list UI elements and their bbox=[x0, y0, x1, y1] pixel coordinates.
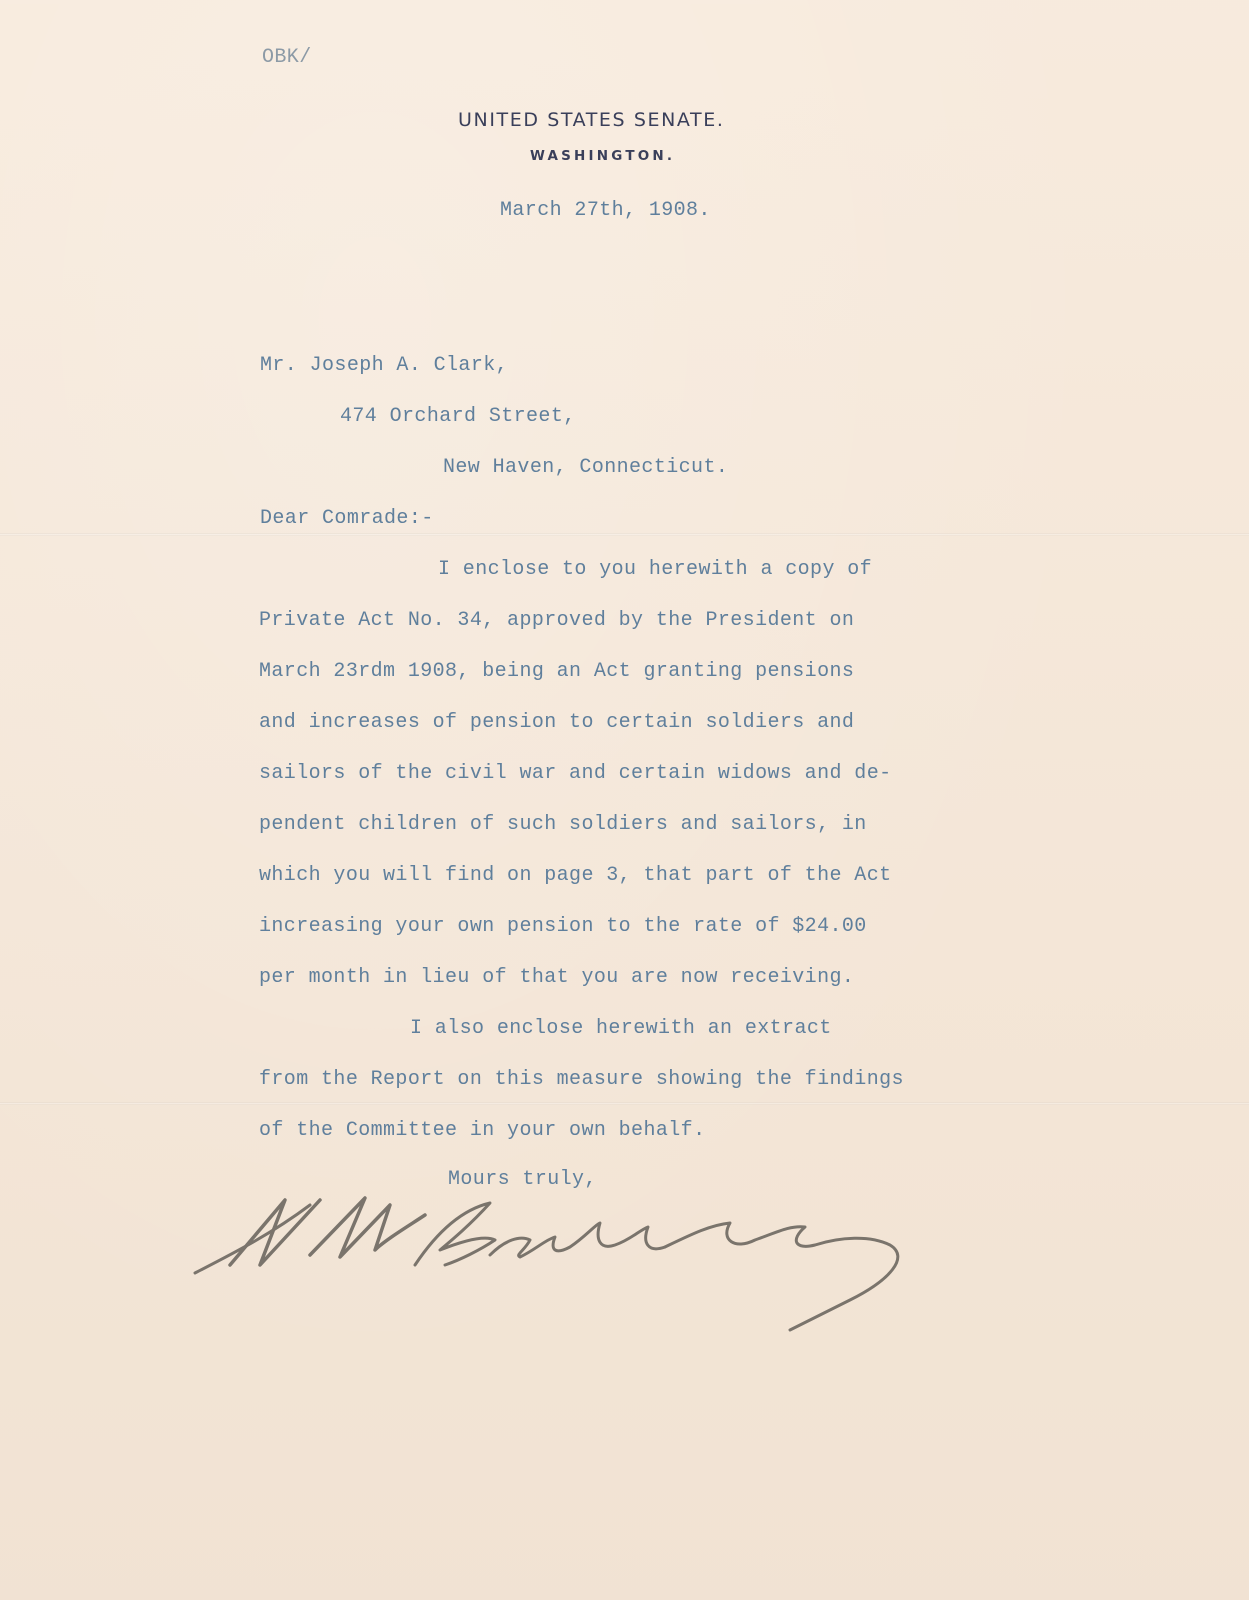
body-line: March 23rdm 1908, being an Act granting … bbox=[259, 660, 854, 683]
body-line: Private Act No. 34, approved by the Pres… bbox=[259, 609, 854, 632]
body-line: increasing your own pension to the rate … bbox=[259, 915, 867, 938]
recipient-street: 474 Orchard Street, bbox=[340, 405, 576, 428]
salutation: Dear Comrade:- bbox=[260, 507, 434, 530]
body-line: per month in lieu of that you are now re… bbox=[259, 966, 854, 989]
paper-fold-upper bbox=[0, 533, 1249, 536]
body-line: pendent children of such soldiers and sa… bbox=[259, 813, 867, 836]
letterhead-city: WASHINGTON. bbox=[530, 148, 675, 164]
handwritten-signature bbox=[190, 1195, 930, 1345]
recipient-name: Mr. Joseph A. Clark, bbox=[260, 354, 508, 377]
letter-date: March 27th, 1908. bbox=[500, 199, 711, 222]
body-line: I enclose to you herewith a copy of bbox=[438, 558, 872, 581]
paper-fold-lower bbox=[0, 1102, 1249, 1105]
body-line: of the Committee in your own behalf. bbox=[259, 1119, 705, 1142]
body-line: sailors of the civil war and certain wid… bbox=[259, 762, 892, 785]
body-line: I also enclose herewith an extract bbox=[410, 1017, 832, 1040]
recipient-city-state: New Haven, Connecticut. bbox=[443, 456, 728, 479]
body-line: and increases of pension to certain sold… bbox=[259, 711, 854, 734]
reference-initials: OBK/ bbox=[262, 46, 312, 69]
body-line: which you will find on page 3, that part… bbox=[259, 864, 892, 887]
letterhead-title: UNITED STATES SENATE. bbox=[458, 109, 724, 131]
closing: Mours truly, bbox=[448, 1168, 597, 1191]
body-line: from the Report on this measure showing … bbox=[259, 1068, 904, 1091]
